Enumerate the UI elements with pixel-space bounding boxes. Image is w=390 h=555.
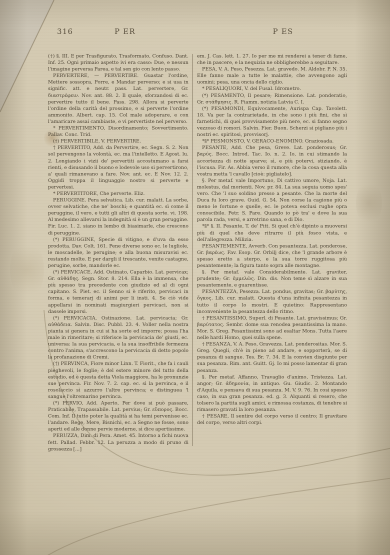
running-head-left: P ER — [104, 27, 146, 36]
entry-paragraph: † PESARE, Il sentire del corpo verso il … — [197, 413, 347, 426]
entry-paragraph: *§* §. II. Pesante, T. de' Pitt. Si quel… — [197, 223, 347, 243]
entry-paragraph: PESANTE, Add. Che pesa, Greve. Lat. pond… — [197, 145, 347, 178]
right-column: em. J. Cas. lett. 1. 27. Io per me mi re… — [197, 53, 347, 426]
scanned-book-photo: 316 P ER P ES (†) §. III. E per Trasfigu… — [0, 0, 390, 555]
entry-paragraph: §. Per metaf. vale Importuno, Di cattivo… — [197, 177, 347, 223]
running-head-right: P ES — [262, 27, 304, 36]
entry-paragraph: PESANTEZZA, Pesezza. Lat. pondus, gravit… — [197, 289, 347, 315]
running-header: 316 P ER P ES — [0, 27, 390, 39]
left-column: (†) §. III. E per Trasfigurato, Trasform… — [48, 53, 189, 452]
entry-paragraph: em. J. Cas. lett. 1. 27. Io per me mi re… — [197, 53, 347, 66]
entry-paragraph: * PERVERTIMENTO, Disordinamento; Sovvert… — [48, 125, 189, 138]
entry-paragraph: PERUZZA, Dim. di Pera. Amet. 45. Intorno… — [48, 433, 189, 453]
entry-paragraph: (*) PERVIO, Add. Aperto, Per dove si può… — [48, 400, 189, 433]
entry-paragraph: PERUGGINE. Pera selvatica. Lib. cur. mal… — [48, 197, 189, 236]
entry-paragraph: (†) §. III. E per Trasfigurato, Trasform… — [48, 53, 189, 73]
column-divider — [192, 54, 193, 446]
page-number: 316 — [57, 27, 73, 36]
entry-paragraph: PERVERTERE, — PERVERTIRE. Guastar l'ordi… — [48, 73, 189, 125]
entry-paragraph: (†) PERVINCA, Fiore minor Linn. T. Fiori… — [48, 361, 189, 400]
entry-paragraph: §. Per metaf. vale Considerabilmente. La… — [197, 269, 347, 289]
entry-paragraph: (*) PERVICACIA, Ostinazione. Lat. pervic… — [48, 315, 189, 361]
entry-paragraph: (*) PESAMONDI, Equivocamente, Aurispa Ca… — [197, 105, 347, 138]
entry-paragraph: PESA, V. A. Peso, Pesezza. Lat. gravedo.… — [197, 66, 347, 86]
entry-paragraph: PESANTEMENTE, Avverb. Con pesantezza. La… — [197, 243, 347, 269]
entry-paragraph: (*) PERUGGINE, Specie di vitigno, e d'uv… — [48, 236, 189, 269]
entry-paragraph: † PESANZA, V. A. Peso, Gravezza. Lat. po… — [197, 341, 347, 374]
entry-paragraph: (*) PESAMENTO, Il pesare; Rimensione. La… — [197, 92, 347, 105]
entry-paragraph: (*) PERVICACE, Add. Ostinato, Caparbio. … — [48, 269, 189, 315]
entry-paragraph: † PESANTISSIMO, Superl. di Pesante. Lat.… — [197, 315, 347, 341]
entry-paragraph: † PERVERTITO, Add. da Pervertire, ec. Se… — [48, 145, 189, 191]
entry-paragraph: §. Per metaf. Affanno, Travaglio d'animo… — [197, 374, 347, 413]
